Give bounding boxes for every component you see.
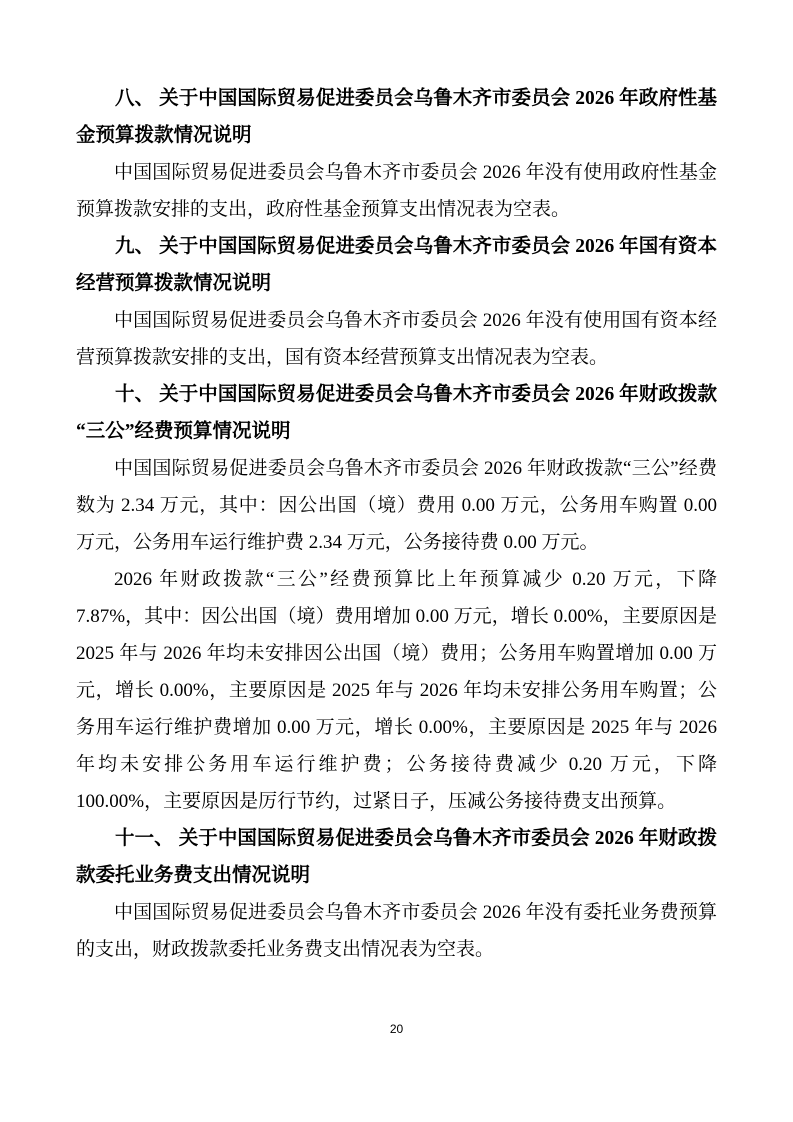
- section-10-paragraph-2: 2026 年财政拨款“三公”经费预算比上年预算减少 0.20 万元，下降 7.8…: [76, 561, 717, 820]
- section-10-heading: 十、 关于中国国际贸易促进委员会乌鲁木齐市委员会 2026 年财政拨款“三公”经…: [76, 376, 717, 450]
- page-footer: 20: [0, 1020, 793, 1038]
- section-11-heading: 十一、 关于中国国际贸易促进委员会乌鲁木齐市委员会 2026 年财政拨款委托业务…: [76, 820, 717, 894]
- section-10: 十、 关于中国国际贸易促进委员会乌鲁木齐市委员会 2026 年财政拨款“三公”经…: [76, 376, 717, 820]
- page-number: 20: [390, 1022, 403, 1036]
- section-9-heading: 九、 关于中国国际贸易促进委员会乌鲁木齐市委员会 2026 年国有资本经营预算拨…: [76, 228, 717, 302]
- section-11: 十一、 关于中国国际贸易促进委员会乌鲁木齐市委员会 2026 年财政拨款委托业务…: [76, 820, 717, 968]
- section-9-paragraph: 中国国际贸易促进委员会乌鲁木齐市委员会 2026 年没有使用国有资本经营预算拨款…: [76, 302, 717, 376]
- document-page: 八、 关于中国国际贸易促进委员会乌鲁木齐市委员会 2026 年政府性基金预算拨款…: [0, 0, 793, 1122]
- section-11-paragraph: 中国国际贸易促进委员会乌鲁木齐市委员会 2026 年没有委托业务费预算的支出，财…: [76, 894, 717, 968]
- section-8: 八、 关于中国国际贸易促进委员会乌鲁木齐市委员会 2026 年政府性基金预算拨款…: [76, 80, 717, 228]
- section-9: 九、 关于中国国际贸易促进委员会乌鲁木齐市委员会 2026 年国有资本经营预算拨…: [76, 228, 717, 376]
- document-body: 八、 关于中国国际贸易促进委员会乌鲁木齐市委员会 2026 年政府性基金预算拨款…: [76, 80, 717, 968]
- section-10-paragraph-1: 中国国际贸易促进委员会乌鲁木齐市委员会 2026 年财政拨款“三公”经费数为 2…: [76, 450, 717, 561]
- section-8-paragraph: 中国国际贸易促进委员会乌鲁木齐市委员会 2026 年没有使用政府性基金预算拨款安…: [76, 154, 717, 228]
- section-8-heading: 八、 关于中国国际贸易促进委员会乌鲁木齐市委员会 2026 年政府性基金预算拨款…: [76, 80, 717, 154]
